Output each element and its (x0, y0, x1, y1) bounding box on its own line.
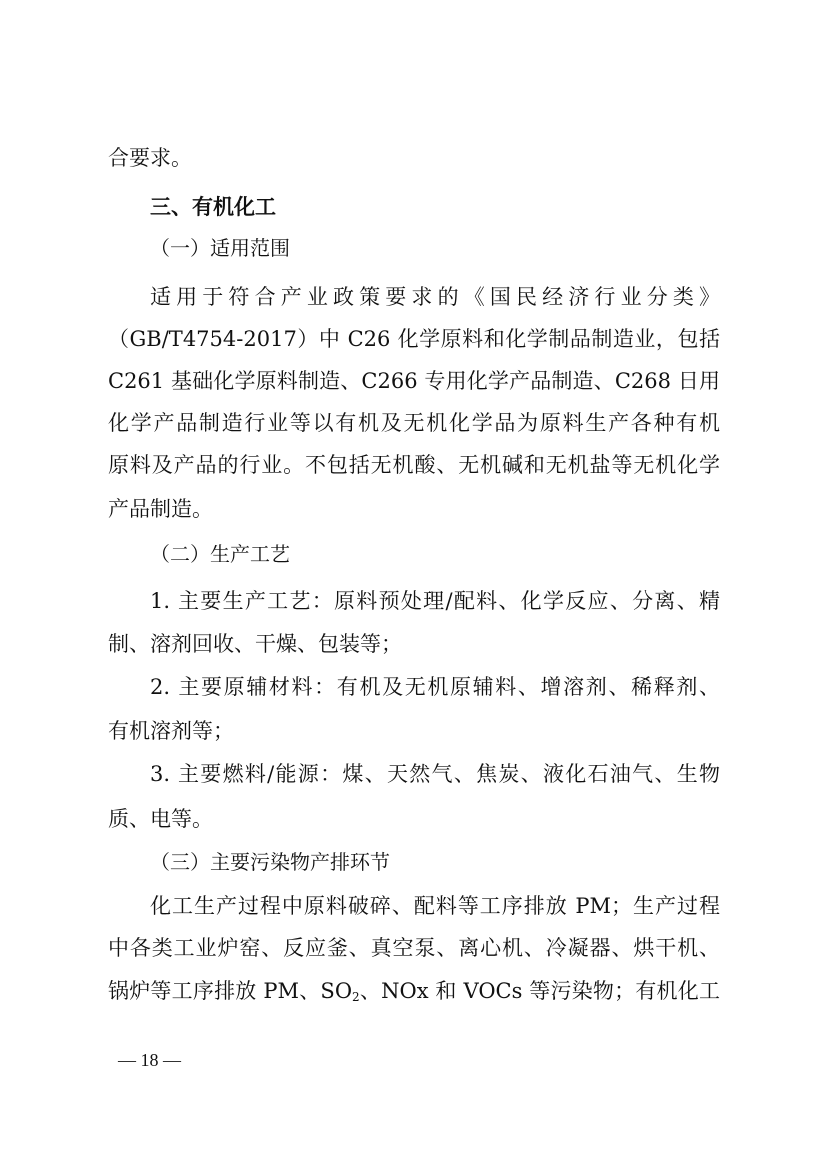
page-number: — 18 — (118, 1048, 181, 1072)
text-line-0: 合要求。 (108, 144, 720, 172)
text-line-14: 3. 主要燃料/能源：煤、天然气、焦炭、液化石油气、生物 (108, 760, 720, 788)
text-line-18: 中各类工业炉窑、反应釜、真空泵、离心机、冷凝器、烘干机、 (108, 934, 720, 962)
text-line-12: 2. 主要原辅材料：有机及无机原辅料、增溶剂、稀释剂、 (108, 673, 720, 701)
text-line-15: 质、电等。 (108, 805, 720, 833)
text-line-19-part2: 、NOx 和 VOCs 等污染物；有机化工 (360, 979, 720, 1003)
subheading-pollutants: （三）主要污染物产排环节 (108, 848, 720, 876)
text-line-11: 制、溶剂回收、干燥、包装等； (108, 630, 720, 658)
text-line-8: 产品制造。 (108, 495, 720, 523)
section-heading-organic-chemical: 三、有机化工 (108, 193, 720, 221)
text-line-17: 化工生产过程中原料破碎、配料等工序排放 PM；生产过程 (108, 892, 720, 920)
subheading-scope: （一）适用范围 (108, 234, 720, 262)
text-line-19: 锅炉等工序排放 PM、SO2、NOx 和 VOCs 等污染物；有机化工 (108, 977, 720, 1011)
text-line-13: 有机溶剂等； (108, 717, 720, 745)
text-line-10: 1. 主要生产工艺：原料预处理/配料、化学反应、分离、精 (108, 587, 720, 615)
text-line-19-part1: 锅炉等工序排放 PM、SO (108, 979, 352, 1003)
subheading-process: （二）生产工艺 (108, 540, 720, 568)
subscript-2: 2 (352, 990, 360, 1004)
text-line-3: 适用于符合产业政策要求的《国民经济行业分类》 (108, 283, 720, 311)
text-line-5: C261 基础化学原料制造、C266 专用化学产品制造、C268 日用 (108, 367, 720, 395)
text-line-6: 化学产品制造行业等以有机及无机化学品为原料生产各种有机 (108, 409, 720, 437)
text-line-4: （GB/T4754-2017）中 C26 化学原料和化学制品制造业，包括 (108, 325, 720, 353)
text-line-7: 原料及产品的行业。不包括无机酸、无机碱和无机盐等无机化学 (108, 451, 720, 479)
